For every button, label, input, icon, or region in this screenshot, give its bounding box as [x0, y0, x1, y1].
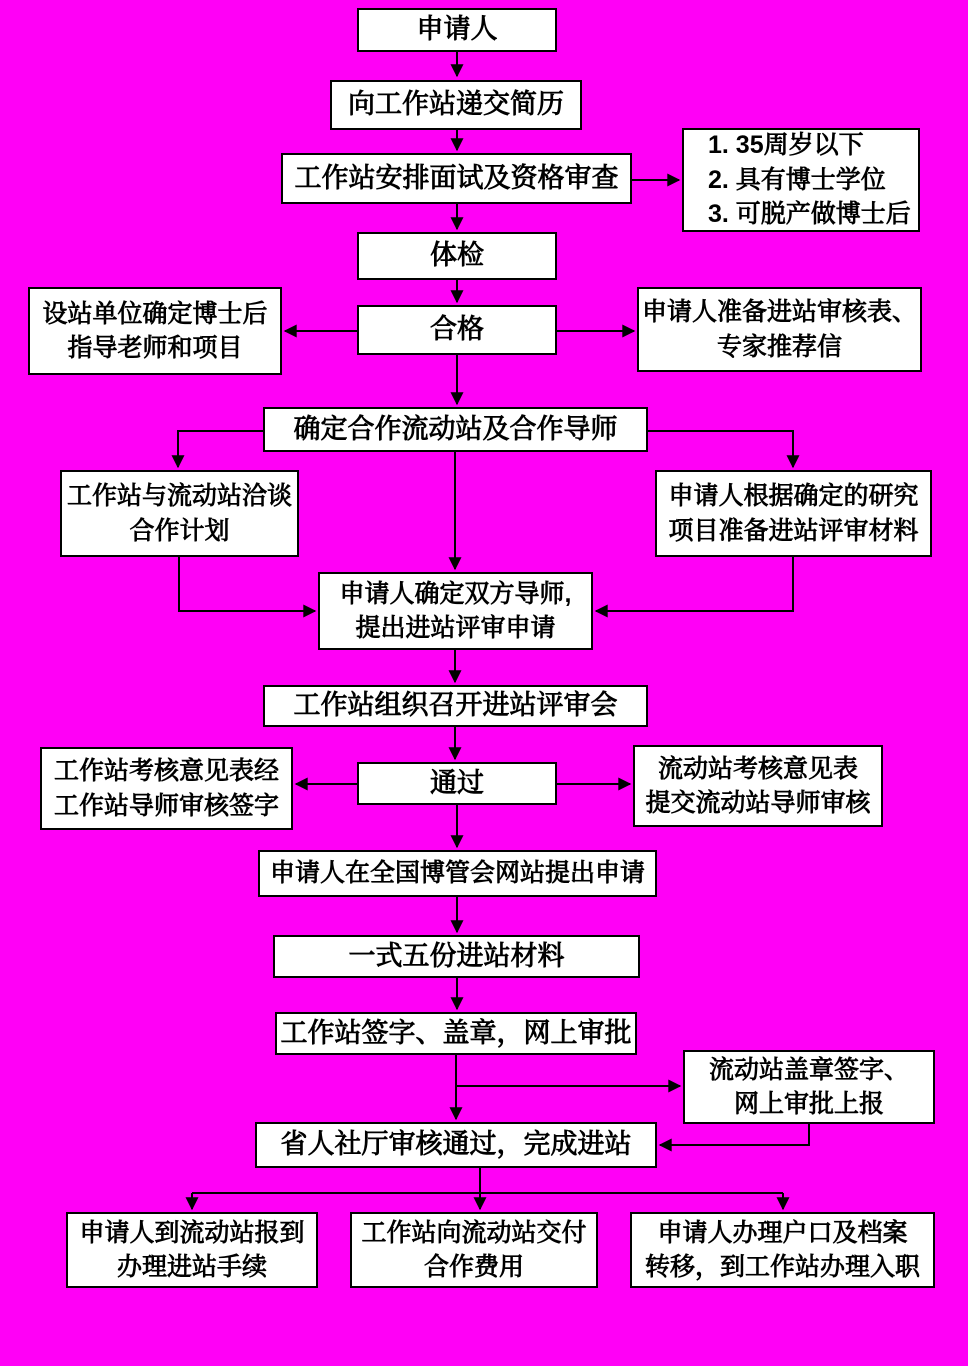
node-physical-exam: 体检 — [357, 232, 557, 280]
node-mobile-station-form: 流动站考核意见表 提交流动站导师审核 — [633, 745, 883, 827]
connector-station-materials — [648, 431, 793, 467]
connector-mobilesign-province — [660, 1124, 809, 1145]
node-submit-resume: 向工作站递交简历 — [330, 80, 582, 130]
node-mobile-sign: 流动站盖章签字、 网上审批上报 — [683, 1050, 935, 1124]
node-workstation-form: 工作站考核意见表经 工作站导师审核签字 — [40, 747, 293, 830]
flowchart-canvas: 申请人 向工作站递交简历 工作站安排面试及资格审查 1. 35周岁以下 2. 具… — [0, 0, 968, 1366]
node-report-to-station: 申请人到流动站报到 办理进站手续 — [66, 1212, 318, 1288]
node-unit-confirm: 设站单位确定博士后 指导老师和项目 — [28, 287, 282, 375]
node-requirements: 1. 35周岁以下 2. 具有博士学位 3. 可脱产做博士后 — [682, 128, 920, 232]
node-passed: 通过 — [357, 762, 557, 805]
node-prepare-review-form: 申请人准备进站审核表、 专家推荐信 — [637, 287, 922, 372]
node-negotiate-plan: 工作站与流动站洽谈 合作计划 — [60, 470, 299, 557]
node-province-approve: 省人社厅审核通过，完成进站 — [255, 1122, 657, 1168]
node-online-application: 申请人在全国博管会网站提出申请 — [258, 850, 657, 897]
node-applicant: 申请人 — [357, 8, 557, 52]
node-pay-fee: 工作站向流动站交付 合作费用 — [350, 1212, 598, 1288]
node-confirm-station: 确定合作流动站及合作导师 — [263, 407, 648, 452]
connector-negotiate-mentors — [179, 557, 315, 611]
node-confirm-mentors: 申请人确定双方导师, 提出进站评审申请 — [318, 572, 593, 650]
node-review-meeting: 工作站组织召开进站评审会 — [263, 685, 648, 727]
node-prepare-materials: 申请人根据确定的研究 项目准备进站评审材料 — [655, 470, 932, 557]
node-household-transfer: 申请人办理户口及档案 转移，到工作站办理入职 — [630, 1212, 935, 1288]
node-workstation-sign: 工作站签字、盖章，网上审批 — [275, 1012, 637, 1055]
node-qualified: 合格 — [357, 305, 557, 355]
node-interview: 工作站安排面试及资格审查 — [281, 153, 632, 204]
connector-station-negotiate — [178, 431, 263, 467]
node-five-copies: 一式五份进站材料 — [273, 935, 640, 978]
connector-materials-mentors — [596, 557, 793, 611]
